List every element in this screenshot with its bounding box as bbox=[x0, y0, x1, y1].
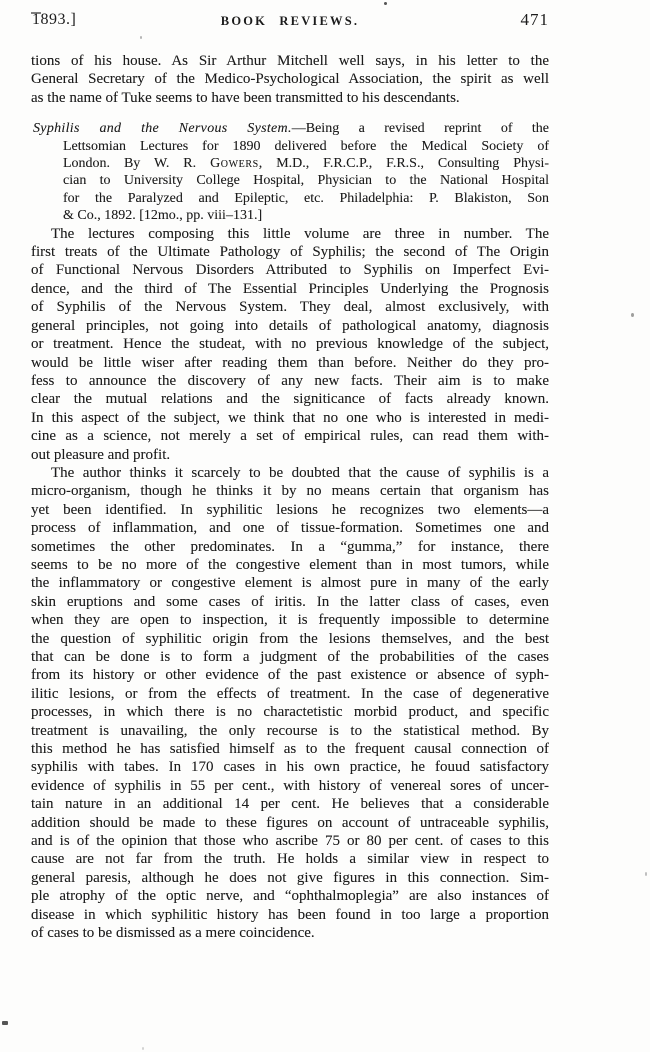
text-line: skin eruptions and some cases of iritis.… bbox=[31, 593, 549, 611]
header-page-number: 471 bbox=[521, 10, 550, 30]
text-line: when they are open to inspection, it is … bbox=[31, 611, 549, 629]
text-segment: the question of syphilitic origin from t… bbox=[31, 631, 549, 647]
text-segment: and is of the opinion that those who asc… bbox=[31, 833, 549, 849]
text-line: evidence of syphilis in 55 per cent., wi… bbox=[31, 777, 549, 795]
scan-speck bbox=[645, 872, 647, 876]
continuation-paragraph: tions of his house. As Sir Arthur Mitche… bbox=[31, 52, 549, 107]
text-segment: processes, in which there is no characte… bbox=[31, 704, 549, 720]
text-line: treatment is unavailing, the only recour… bbox=[31, 722, 549, 740]
text-segment: process of inflammation, and one of tiss… bbox=[31, 520, 549, 536]
text-line: from its history or other evidence of th… bbox=[31, 666, 549, 684]
header-section-title: BOOK REVIEWS. bbox=[31, 14, 549, 29]
scan-speck bbox=[142, 1047, 144, 1050]
text-segment: the inflammatory or congestive element i… bbox=[31, 575, 549, 591]
text-segment: first treats of the Ultimate Pathology o… bbox=[31, 244, 549, 260]
text-line: ilitic lesions, or from the effects of t… bbox=[31, 685, 549, 703]
text-segment: sometimes the other predominates. In a “… bbox=[31, 539, 549, 555]
text-segment: The lectures composing this little volum… bbox=[51, 226, 549, 242]
article-body: tions of his house. As Sir Arthur Mitche… bbox=[31, 52, 549, 943]
text-segment: for the Paralyzed and Epileptic, etc. Ph… bbox=[63, 191, 549, 206]
text-segment: skin eruptions and some cases of iritis.… bbox=[31, 594, 549, 610]
text-segment: that can be done is to form a judgment o… bbox=[31, 649, 549, 665]
text-column: 1893.] BOOK REVIEWS. 471 tions of his ho… bbox=[31, 11, 549, 943]
text-line: of Functional Nervous Disorders Attribut… bbox=[31, 261, 549, 279]
text-line: process of inflammation, and one of tiss… bbox=[31, 519, 549, 537]
text-line: London. By W. R. Gowers, M.D., F.R.C.P.,… bbox=[31, 155, 549, 172]
text-segment: disease in which syphilitic history has … bbox=[31, 907, 549, 923]
citation-paragraph: Syphilis and the Nervous System.—Being a… bbox=[31, 120, 549, 224]
text-segment: tain nature in an additional 14 per cent… bbox=[31, 796, 549, 812]
text-line: sometimes the other predominates. In a “… bbox=[31, 538, 549, 556]
text-line: Lettsomian Lectures for 1890 delivered b… bbox=[31, 138, 549, 155]
text-line: cause are not far from the truth. He hol… bbox=[31, 850, 549, 868]
text-segment: of cases to be dismissed as a mere coinc… bbox=[31, 925, 315, 941]
text-segment: seems to be no more of the congestive el… bbox=[31, 557, 549, 573]
text-segment: ilitic lesions, or from the effects of t… bbox=[31, 686, 549, 702]
text-segment: this method he has satisfied himself as … bbox=[31, 741, 549, 757]
text-line: that can be done is to form a judgment o… bbox=[31, 648, 549, 666]
text-line: dence, and the third of The Essential Pr… bbox=[31, 280, 549, 298]
text-segment: , M.D., F.R.C.P., F.R.S., Consulting Phy… bbox=[259, 156, 549, 171]
text-line: this method he has satisfied himself as … bbox=[31, 740, 549, 758]
text-segment: & Co., 1892. [12mo., pp. viii–131.] bbox=[63, 208, 262, 223]
text-line: processes, in which there is no characte… bbox=[31, 703, 549, 721]
text-line: would be little wiser after reading them… bbox=[31, 354, 549, 372]
text-segment: dence, and the third of The Essential Pr… bbox=[31, 281, 549, 297]
text-segment: general paresis, although he does not gi… bbox=[31, 870, 549, 886]
text-line: and is of the opinion that those who asc… bbox=[31, 832, 549, 850]
text-line: addition should be made to these figures… bbox=[31, 814, 549, 832]
text-segment: General Secretary of the Medico-Psycholo… bbox=[31, 71, 549, 87]
text-segment: micro-organism, though he thinks it by n… bbox=[31, 483, 549, 499]
running-head: 1893.] BOOK REVIEWS. 471 bbox=[31, 11, 549, 33]
text-segment: treatment is unavailing, the only recour… bbox=[31, 723, 549, 739]
text-segment: out pleasure and profit. bbox=[31, 447, 170, 463]
text-segment: addition should be made to these figures… bbox=[31, 815, 549, 831]
text-segment: when they are open to inspection, it is … bbox=[31, 612, 549, 628]
text-segment-italic: Syphilis and the Nervous System. bbox=[33, 121, 292, 136]
text-line: Syphilis and the Nervous System.—Being a… bbox=[31, 120, 549, 137]
text-segment: syphilis with tabes. In 170 cases in his… bbox=[31, 759, 549, 775]
text-segment: tions of his house. As Sir Arthur Mitche… bbox=[31, 53, 549, 69]
text-segment: cause are not far from the truth. He hol… bbox=[31, 851, 549, 867]
text-segment: general principles, not going into detai… bbox=[31, 318, 549, 334]
text-segment: as the name of Tuke seems to have been t… bbox=[31, 90, 460, 106]
text-line: seems to be no more of the congestive el… bbox=[31, 556, 549, 574]
text-segment-smallcaps: Gowers bbox=[210, 156, 259, 171]
text-line: as the name of Tuke seems to have been t… bbox=[31, 89, 549, 107]
text-line: The lectures composing this little volum… bbox=[31, 225, 549, 243]
scanned-book-page: 1893.] BOOK REVIEWS. 471 tions of his ho… bbox=[0, 0, 650, 1052]
text-line: the inflammatory or congestive element i… bbox=[31, 574, 549, 592]
text-segment: or treatment. Hence the studeat, with no… bbox=[31, 336, 549, 352]
text-line: clear the mutual relations and the signi… bbox=[31, 390, 549, 408]
text-segment: In this aspect of the subject, we think … bbox=[31, 410, 549, 426]
text-segment: Lettsomian Lectures for 1890 delivered b… bbox=[63, 139, 549, 154]
text-line: out pleasure and profit. bbox=[31, 446, 549, 464]
text-line: of cases to be dismissed as a mere coinc… bbox=[31, 924, 549, 942]
text-line: yet been identified. In syphilitic lesio… bbox=[31, 501, 549, 519]
body-paragraph-1: The lectures composing this little volum… bbox=[31, 225, 549, 464]
text-segment: ple atrophy of the optic nerve, and “oph… bbox=[31, 888, 549, 904]
scan-speck bbox=[384, 2, 387, 5]
text-line: first treats of the Ultimate Pathology o… bbox=[31, 243, 549, 261]
text-line: of Syphilis of the Nervous System. They … bbox=[31, 298, 549, 316]
text-segment: clear the mutual relations and the signi… bbox=[31, 391, 549, 407]
text-line: tain nature in an additional 14 per cent… bbox=[31, 795, 549, 813]
text-segment: The author thinks it scarcely to be doub… bbox=[51, 465, 549, 481]
text-segment: —Being a revised reprint of the bbox=[292, 121, 549, 136]
text-line: the question of syphilitic origin from t… bbox=[31, 630, 549, 648]
text-line: micro-organism, though he thinks it by n… bbox=[31, 482, 549, 500]
text-line: general paresis, although he does not gi… bbox=[31, 869, 549, 887]
text-line: In this aspect of the subject, we think … bbox=[31, 409, 549, 427]
text-line: General Secretary of the Medico-Psycholo… bbox=[31, 70, 549, 88]
text-line: & Co., 1892. [12mo., pp. viii–131.] bbox=[31, 207, 549, 224]
text-segment: would be little wiser after reading them… bbox=[31, 355, 549, 371]
text-segment: fess to announce the discovery of any ne… bbox=[31, 373, 549, 389]
text-segment: of Syphilis of the Nervous System. They … bbox=[31, 299, 549, 315]
text-line: disease in which syphilitic history has … bbox=[31, 906, 549, 924]
text-line: for the Paralyzed and Epileptic, etc. Ph… bbox=[31, 190, 549, 207]
text-segment: London. By W. R. bbox=[63, 156, 210, 171]
text-segment: evidence of syphilis in 55 per cent., wi… bbox=[31, 778, 549, 794]
scan-speck bbox=[631, 313, 634, 317]
text-segment: yet been identified. In syphilitic lesio… bbox=[31, 502, 549, 518]
text-line: tions of his house. As Sir Arthur Mitche… bbox=[31, 52, 549, 70]
text-line: general principles, not going into detai… bbox=[31, 317, 549, 335]
text-line: The author thinks it scarcely to be doub… bbox=[31, 464, 549, 482]
body-paragraph-2: The author thinks it scarcely to be doub… bbox=[31, 464, 549, 943]
text-line: cian to University College Hospital, Phy… bbox=[31, 172, 549, 189]
text-line: ple atrophy of the optic nerve, and “oph… bbox=[31, 887, 549, 905]
text-segment: cine as a science, not merely a set of e… bbox=[31, 428, 549, 444]
text-segment: cian to University College Hospital, Phy… bbox=[63, 173, 549, 188]
text-line: or treatment. Hence the studeat, with no… bbox=[31, 335, 549, 353]
text-line: syphilis with tabes. In 170 cases in his… bbox=[31, 758, 549, 776]
text-line: cine as a science, not merely a set of e… bbox=[31, 427, 549, 445]
text-line: fess to announce the discovery of any ne… bbox=[31, 372, 549, 390]
text-segment: of Functional Nervous Disorders Attribut… bbox=[31, 262, 549, 278]
text-segment: from its history or other evidence of th… bbox=[31, 667, 549, 683]
scan-speck bbox=[2, 1021, 8, 1025]
